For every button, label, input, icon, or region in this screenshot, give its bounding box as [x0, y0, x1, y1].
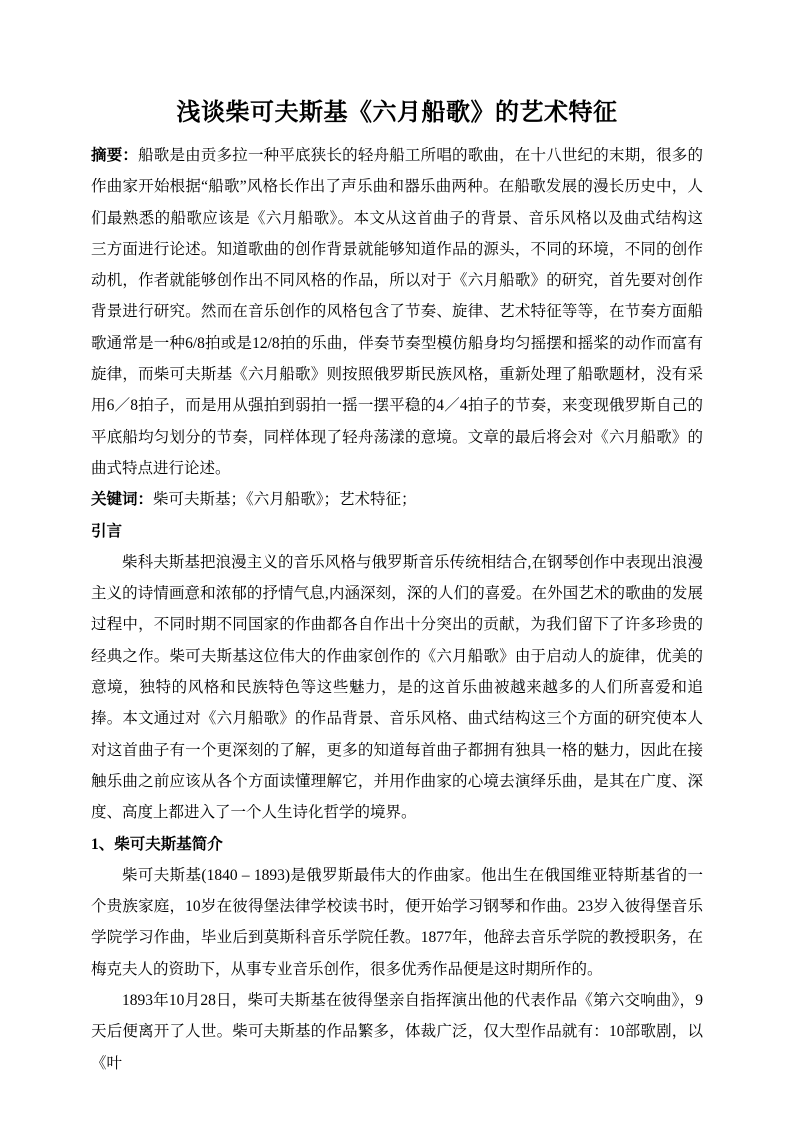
keywords-text: 柴可夫斯基；《六月船歌》；艺术特征；	[153, 491, 417, 508]
abstract-label: 摘要：	[91, 147, 138, 164]
document-title: 浅谈柴可夫斯基《六月船歌》的艺术特征	[91, 96, 703, 130]
tchaikovsky-profile-paragraph-2: 1893年10月28日，柴可夫斯基在彼得堡亲自指挥演出他的代表作品《第六交响曲》…	[91, 985, 703, 1079]
section-heading-tchaikovsky-profile: 1、柴可夫斯基简介	[91, 829, 703, 860]
section-heading-introduction: 引言	[91, 516, 703, 547]
keywords-label: 关键词：	[91, 491, 153, 508]
tchaikovsky-profile-paragraph-1: 柴可夫斯基(1840 – 1893)是俄罗斯最伟大的作曲家。他出生在俄国维亚特斯…	[91, 860, 703, 985]
introduction-paragraph: 柴科夫斯基把浪漫主义的音乐风格与俄罗斯音乐传统相结合,在钢琴创作中表现出浪漫主义…	[91, 547, 703, 829]
document-page: 浅谈柴可夫斯基《六月船歌》的艺术特征 摘要：船歌是由贡多拉一种平底狭长的轻舟船工…	[0, 0, 793, 1122]
keywords-paragraph: 关键词：柴可夫斯基；《六月船歌》；艺术特征；	[91, 484, 703, 515]
abstract-text: 船歌是由贡多拉一种平底狭长的轻舟船工所唱的歌曲，在十八世纪的末期，很多的作曲家开…	[91, 147, 703, 477]
abstract-paragraph: 摘要：船歌是由贡多拉一种平底狭长的轻舟船工所唱的歌曲，在十八世纪的末期，很多的作…	[91, 140, 703, 484]
